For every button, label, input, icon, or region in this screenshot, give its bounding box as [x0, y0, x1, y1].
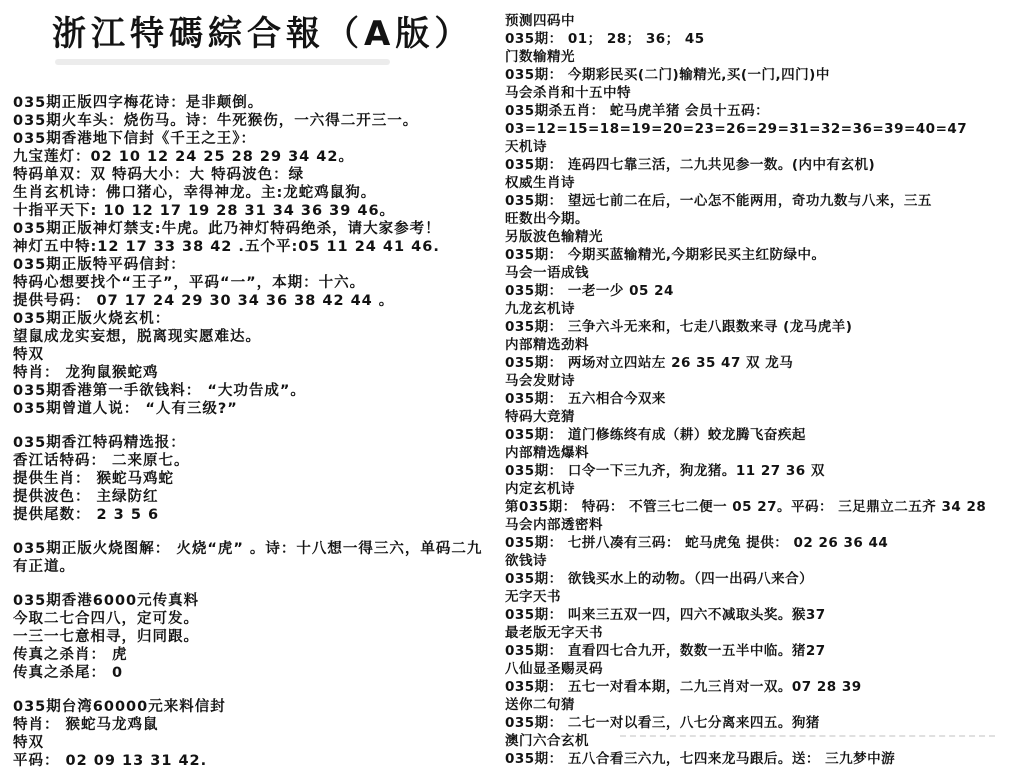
text-line: 035期正版火烧图解： 火烧“虎” 。诗：十八想一得三六，单码二九	[13, 540, 510, 558]
text-section: 035期香江特码精选报：香江话特码： 二来原七。提供生肖： 猴蛇马鸡蛇提供波色：…	[13, 434, 510, 524]
text-line: 澳门六合玄机	[505, 732, 1017, 750]
text-line: 035期台湾60000元来料信封	[13, 698, 510, 716]
text-line: 平码： 02 09 13 31 42.	[13, 752, 510, 770]
text-line: 035期： 望远七前二在后，一心怎不能两用，奇功九数与八来，三五	[505, 192, 1017, 210]
text-line: 035期香港第一手欲钱料： “大功告成”。	[13, 382, 510, 400]
text-line: 最老版无字天书	[505, 624, 1017, 642]
text-line: 035期香港6000元传真料	[13, 592, 510, 610]
text-line: 望鼠成龙实妄想，脱离现实愿难达。	[13, 328, 510, 346]
text-line: 今取二七合四八，定可发。	[13, 610, 510, 628]
text-line: 035期正版火烧玄机：	[13, 310, 510, 328]
text-line: 035期： 五七一对看本期，二九三肖对一双。07 28 39	[505, 678, 1017, 696]
newspaper-page: 浙江特碼綜合報（A版） 035期正版四字梅花诗：是非颠倒。035期火车头：烧伤马…	[0, 0, 1024, 780]
text-section: 035期香港6000元传真料今取二七合四八，定可发。一三一七意相寻，归同跟。传真…	[13, 592, 510, 682]
text-line: 第035期： 特码： 不管三七二便一 05 27。平码： 三足鼎立二五齐 34 …	[505, 498, 1017, 516]
page-title: 浙江特碼綜合報（A版）	[52, 6, 473, 55]
text-line: 035期： 一老一少 05 24	[505, 282, 1017, 300]
text-line: 特双	[13, 346, 510, 364]
text-line: 无字天书	[505, 588, 1017, 606]
text-line: 提供波色： 主绿防红	[13, 488, 510, 506]
text-line: 内部精选劲料	[505, 336, 1017, 354]
text-line: 特码大竞猜	[505, 408, 1017, 426]
text-line: 送你二句猜	[505, 696, 1017, 714]
right-column: 预测四码中035期： 01； 28； 36； 45门数输精光035期： 今期彩民…	[505, 12, 1017, 768]
text-section: 035期正版火烧图解： 火烧“虎” 。诗：十八想一得三六，单码二九有正道。	[13, 540, 510, 576]
text-line: 九宝莲灯：02 10 12 24 25 28 29 34 42。	[13, 148, 510, 166]
text-section: 035期正版四字梅花诗：是非颠倒。035期火车头：烧伤马。诗：牛死猴伤，一六得二…	[13, 94, 510, 418]
text-line: 传真之杀尾： 0	[13, 664, 510, 682]
text-line: 预测四码中	[505, 12, 1017, 30]
text-line: 一三一七意相寻，归同跟。	[13, 628, 510, 646]
text-line: 提供生肖： 猴蛇马鸡蛇	[13, 470, 510, 488]
text-line: 035期： 口令一下三九齐，狗龙猪。11 27 36 双	[505, 462, 1017, 480]
text-line: 另版波色输精光	[505, 228, 1017, 246]
text-line: 欲钱诗	[505, 552, 1017, 570]
text-line: 035期： 七拼八凑有三码： 蛇马虎兔 提供： 02 26 36 44	[505, 534, 1017, 552]
text-line: 035期正版神灯禁支:牛虎。此乃神灯特码绝杀，请大家参考！	[13, 220, 510, 238]
text-line: 035期： 五六相合今双来	[505, 390, 1017, 408]
text-line: 035期： 三争六斗无来和，七走八跟数来寻 (龙马虎羊)	[505, 318, 1017, 336]
text-line: 035期： 道门修练终有成（耕）蛟龙腾飞奋疾起	[505, 426, 1017, 444]
text-line: 035期： 01； 28； 36； 45	[505, 30, 1017, 48]
text-line: 035期正版四字梅花诗：是非颠倒。	[13, 94, 510, 112]
text-line: 035期香港地下信封《千王之王》：	[13, 130, 510, 148]
text-line: 特肖： 猴蛇马龙鸡鼠	[13, 716, 510, 734]
text-line: 特码心想要找个“王子”，平码“一”，本期：十六。	[13, 274, 510, 292]
text-line: 门数输精光	[505, 48, 1017, 66]
text-line: 035期香江特码精选报：	[13, 434, 510, 452]
text-line: 旺数出今期。	[505, 210, 1017, 228]
text-line: 提供尾数： 2 3 5 6	[13, 506, 510, 524]
text-line: 传真之杀肖： 虎	[13, 646, 510, 664]
text-line: 有正道。	[13, 558, 510, 576]
text-line: 香江话特码： 二来原七。	[13, 452, 510, 470]
text-line: 035期： 今期买蓝输精光,今期彩民买主红防绿中。	[505, 246, 1017, 264]
text-line: 内定玄机诗	[505, 480, 1017, 498]
text-line: 八仙显圣赐灵码	[505, 660, 1017, 678]
text-line: 内部精选爆料	[505, 444, 1017, 462]
text-line: 035期： 二七一对以看三，八七分离来四五。狗猪	[505, 714, 1017, 732]
text-line: 马会内部透密料	[505, 516, 1017, 534]
text-line: 035期： 欲钱买水上的动物。（四一出码八来合）	[505, 570, 1017, 588]
text-line: 马会发财诗	[505, 372, 1017, 390]
text-line: 035期： 直看四七合九开，数数一五半中临。猪27	[505, 642, 1017, 660]
text-line: 十指平天下: 10 12 17 19 28 31 34 36 39 46。	[13, 202, 510, 220]
text-line: 035期火车头：烧伤马。诗：牛死猴伤，一六得二开三一。	[13, 112, 510, 130]
text-line: 035期： 叫来三五双一四，四六不减取头奖。猴37	[505, 606, 1017, 624]
text-line: 提供号码： 07 17 24 29 30 34 36 38 42 44 。	[13, 292, 510, 310]
text-section: 035期台湾60000元来料信封特肖： 猴蛇马龙鸡鼠特双平码： 02 09 13…	[13, 698, 510, 770]
text-line: 035期： 今期彩民买(二门)输精光,买(一门,四门)中	[505, 66, 1017, 84]
text-line: 特肖： 龙狗鼠猴蛇鸡	[13, 364, 510, 382]
text-line: 权威生肖诗	[505, 174, 1017, 192]
text-line: 马会一语成钱	[505, 264, 1017, 282]
scan-artifact	[55, 59, 390, 65]
text-line: 035期： 两场对立四站左 26 35 47 双 龙马	[505, 354, 1017, 372]
text-line: 特码单双：双 特码大小：大 特码波色：绿	[13, 166, 510, 184]
text-line: 035期曾道人说： “人有三级?”	[13, 400, 510, 418]
left-column: 035期正版四字梅花诗：是非颠倒。035期火车头：烧伤马。诗：牛死猴伤，一六得二…	[13, 94, 510, 770]
text-line: 天机诗	[505, 138, 1017, 156]
text-line: 特双	[13, 734, 510, 752]
text-line: 神灯五中特:12 17 33 38 42 .五个平:05 11 24 41 46…	[13, 238, 510, 256]
text-line: 035期： 五八合看三六九，七四来龙马跟后。送： 三九梦中游	[505, 750, 1017, 768]
text-line: 九龙玄机诗	[505, 300, 1017, 318]
text-line: 马会杀肖和十五中特	[505, 84, 1017, 102]
text-line: 生肖玄机诗：佛口猪心，幸得神龙。主:龙蛇鸡鼠狗。	[13, 184, 510, 202]
text-line: 03=12=15=18=19=20=23=26=29=31=32=36=39=4…	[505, 120, 1017, 138]
text-line: 035期： 连码四七靠三活，二九共见参一数。(内中有玄机)	[505, 156, 1017, 174]
text-line: 035期杀五肖： 蛇马虎羊猪 会员十五码：	[505, 102, 1017, 120]
text-line: 035期正版特平码信封：	[13, 256, 510, 274]
